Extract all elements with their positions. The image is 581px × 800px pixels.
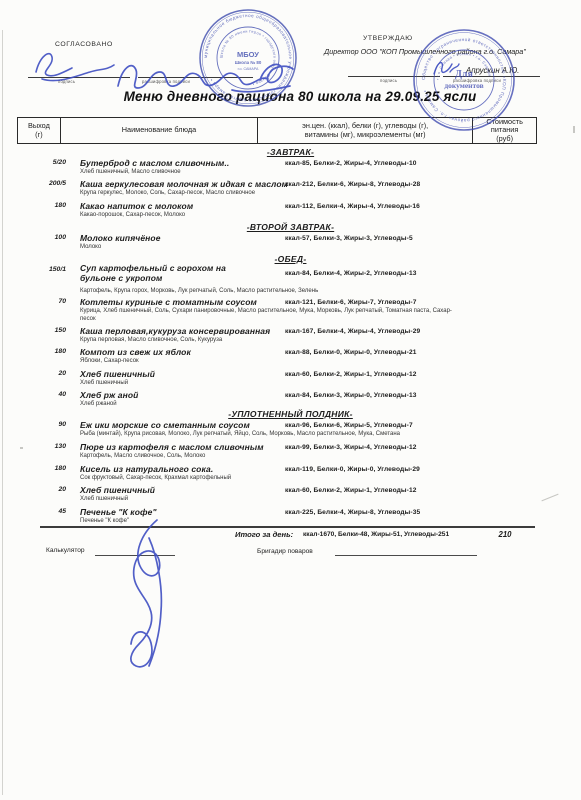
nutrition-value: ккал-119, Белки-0, Жиры-0, Углеводы-29 — [285, 466, 420, 473]
nutrition-value: ккал-99, Белки-3, Жиры-4, Углеводы-12 — [285, 444, 416, 451]
portion-value: 180 — [28, 202, 66, 209]
ingredients: Какао-порошок, Сахар-песок, Молоко — [80, 211, 185, 219]
dish-name: Молоко кипячёное — [80, 233, 161, 243]
sign-caption: подпись — [380, 78, 397, 83]
section-heading: -УПЛОТНЕННЫЙ ПОЛДНИК- — [0, 409, 581, 419]
totals-label: Итого за день: — [235, 530, 293, 539]
ingredients: Хлеб пшеничный — [80, 379, 128, 387]
stamp-center-text: документов — [444, 81, 483, 90]
dish-name: Еж ики морские со сметанным соусом — [80, 420, 250, 430]
header-portion: Выход (г) — [18, 118, 61, 143]
nutrition-value: ккал-225, Белки-4, Жиры-8, Углеводы-35 — [285, 509, 420, 516]
calculator-label: Калькулятор — [46, 547, 85, 554]
section-heading: -ЗАВТРАК- — [0, 147, 581, 157]
ingredients: Хлеб ржаной — [80, 400, 117, 408]
signature-line — [335, 555, 477, 556]
header-dish: Наименование блюда — [61, 118, 258, 143]
nutrition-value: ккал-84, Белки-4, Жиры-2, Углеводы-13 — [285, 270, 416, 277]
dish-name: Суп картофельный с горохом на бульоне с … — [80, 263, 260, 283]
ingredients: Хлеб пшеничный, Масло сливочное — [80, 168, 181, 176]
nutrition-value: ккал-60, Белки-2, Жиры-1, Углеводы-12 — [285, 487, 416, 494]
approved-label: УТВЕРЖДАЮ — [363, 35, 413, 42]
dish-name: Пюре из картофеля с маслом сливочным — [80, 442, 264, 452]
dish-name: Хлеб рж аной — [80, 390, 138, 400]
portion-value: 180 — [28, 465, 66, 472]
nutrition-value: ккал-112, Белки-4, Жиры-4, Углеводы-16 — [285, 203, 420, 210]
dish-name: Кисель из натурального сока. — [80, 464, 213, 474]
ingredients: Картофель, Крупа горох, Морковь, Лук реп… — [80, 287, 318, 295]
dish-name: Хлеб пшеничный — [80, 485, 155, 495]
dish-name: Компот из свеж их яблок — [80, 347, 191, 357]
portion-value: 20 — [28, 486, 66, 493]
portion-value: 100 — [28, 234, 66, 241]
portion-value: 200/5 — [28, 180, 66, 187]
portion-value: 5/20 — [28, 159, 66, 166]
scan-speck — [541, 494, 558, 502]
portion-value: 90 — [28, 421, 66, 428]
nutrition-value: ккал-121, Белки-6, Жиры-7, Углеводы-7 — [285, 299, 416, 306]
ingredients: Курица, Хлеб пшеничный, Соль, Сухари пан… — [80, 307, 455, 323]
nutrition-value: ккал-212, Белки-6, Жиры-8, Углеводы-28 — [285, 181, 420, 188]
ingredients: Молоко — [80, 243, 101, 251]
nutrition-value: ккал-60, Белки-2, Жиры-1, Углеводы-12 — [285, 371, 416, 378]
nutrition-value: ккал-85, Белки-2, Жиры-4, Углеводы-10 — [285, 160, 416, 167]
portion-value: 70 — [28, 298, 66, 305]
ingredients: Яблоки, Сахар-песок — [80, 357, 139, 365]
portion-value: 180 — [28, 348, 66, 355]
nutrition-value: ккал-84, Белки-3, Жиры-0, Углеводы-13 — [285, 392, 416, 399]
ingredients: Крупа геркулес, Молоко, Соль, Сахар-песо… — [80, 189, 255, 197]
company-round-stamp: Общество с ограниченной ответственностью… — [412, 28, 516, 132]
ingredients: Сок фруктовый, Сахар-песок, Крахмал карт… — [80, 474, 231, 482]
principal-signature — [112, 52, 297, 104]
portion-value: 130 — [28, 443, 66, 450]
totals-cost: 210 — [480, 530, 530, 539]
nutrition-value: ккал-167, Белки-4, Жиры-4, Углеводы-29 — [285, 328, 420, 335]
nutrition-value: ккал-96, Белки-6, Жиры-5, Углеводы-7 — [285, 422, 413, 429]
dish-name: Какао напиток с молоком — [80, 201, 193, 211]
scanned-menu-document: СОГЛАСОВАНО подпись расшифровка подписи … — [0, 0, 581, 800]
ingredients: Крупа перловая, Масло сливочное, Соль, К… — [80, 336, 222, 344]
section-heading: -ВТОРОЙ ЗАВТРАК- — [0, 222, 581, 232]
portion-value: 40 — [28, 391, 66, 398]
calculator-signature — [105, 516, 190, 671]
ingredients: Картофель, Масло сливочное, Соль, Молоко — [80, 452, 205, 460]
portion-value: 45 — [28, 508, 66, 515]
dish-name: Котлеты куриные с томатным соусом — [80, 297, 257, 307]
chef-brigadier-label: Бригадир поваров — [257, 548, 313, 555]
totals-nutrition: ккал-1670, Белки-48, Жиры-51, Углеводы-2… — [303, 531, 449, 538]
scan-speck — [20, 447, 23, 449]
dish-name: Бутерброд с маслом сливочным.. — [80, 158, 229, 168]
dish-name: Каша геркулесовая молочная ж идкая с мас… — [80, 179, 288, 189]
portion-value: 150 — [28, 327, 66, 334]
portion-value: 150/1 — [28, 266, 66, 273]
scan-speck — [573, 126, 575, 133]
agreed-signature — [28, 46, 123, 86]
ingredients: Хлеб пшеничный — [80, 495, 128, 503]
nutrition-value: ккал-57, Белки-3, Жиры-3, Углеводы-5 — [285, 235, 413, 242]
director-signature — [428, 56, 462, 80]
dish-name: Каша перловая,кукуруза консервированная — [80, 326, 270, 336]
ingredients: Рыба (минтай), Крупа рисовая, Молоко, Лу… — [80, 430, 400, 438]
portion-value: 20 — [28, 370, 66, 377]
dish-name: Хлеб пшеничный — [80, 369, 155, 379]
nutrition-value: ккал-88, Белки-0, Жиры-0, Углеводы-21 — [285, 349, 416, 356]
